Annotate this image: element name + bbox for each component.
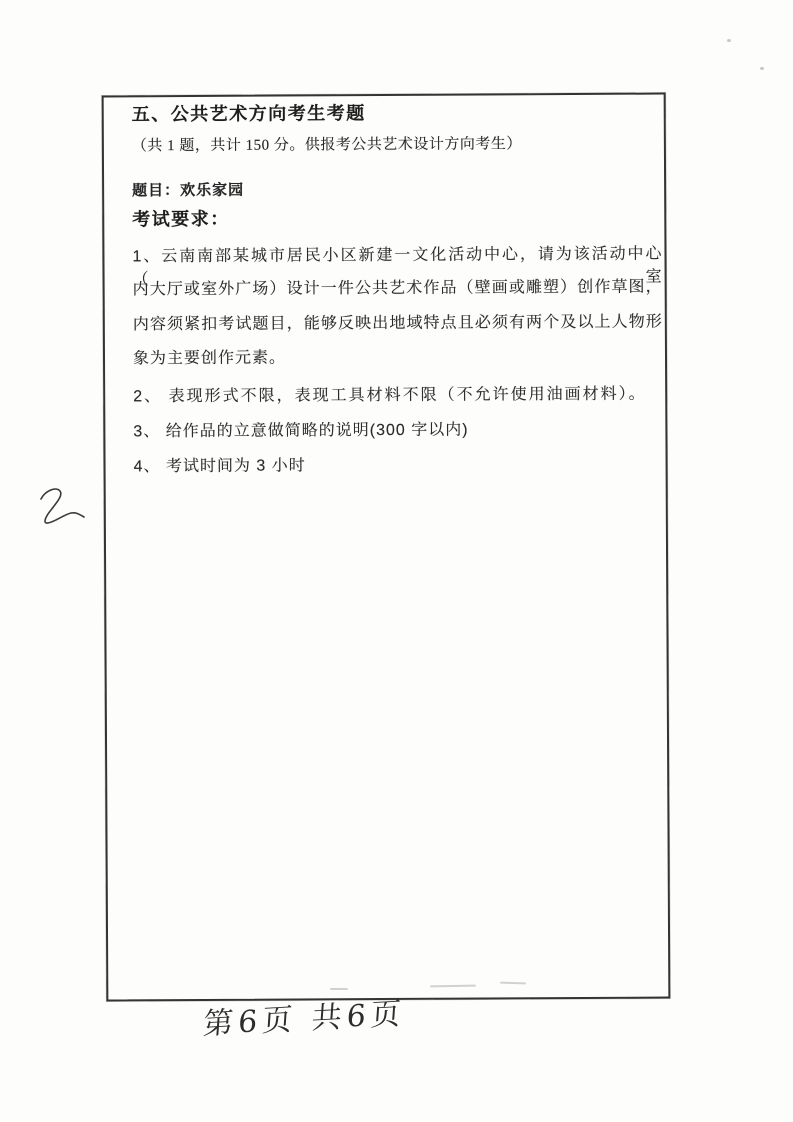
page-number-handwritten: 第6页 共6页 <box>202 988 408 1043</box>
scanned-exam-page: 五、公共艺术方向考生考题 （共 1 题，共计 150 分。供报考公共艺术设计方向… <box>0 0 793 1122</box>
requirement-line-4: 象为主要创作元素。 <box>133 343 663 369</box>
requirement-line-5: 2、 表现形式不限，表现工具材料不限（不允许使用油画材料）。 <box>133 381 663 407</box>
requirements-label: 考试要求： <box>132 203 662 232</box>
scan-speck <box>760 67 764 70</box>
requirement-line-3: 内容须紧扣考试题目，能够反映出地域特点且必须有两个及以上人物形 <box>133 309 663 335</box>
exam-content-box: 五、公共艺术方向考生考题 （共 1 题，共计 150 分。供报考公共艺术设计方向… <box>102 93 671 1002</box>
requirement-line-6: 3、 给作品的立意做简略的说明(300 字以内) <box>133 416 663 442</box>
scan-smudge <box>330 988 348 990</box>
requirement-line-7: 4、 考试时间为 3 小时 <box>134 451 664 477</box>
handwritten-scribble-icon <box>36 482 100 540</box>
section-subheading: （共 1 题，共计 150 分。供报考公共艺术设计方向考生） <box>132 132 662 156</box>
section-heading: 五、公共艺术方向考生考题 <box>132 98 662 127</box>
requirement-line-2: 内大厅或室外广场）设计一件公共艺术作品（壁画或雕塑）创作草图， <box>133 274 663 300</box>
scan-speck <box>727 39 731 42</box>
exam-title: 题目：欢乐家园 <box>132 177 662 201</box>
